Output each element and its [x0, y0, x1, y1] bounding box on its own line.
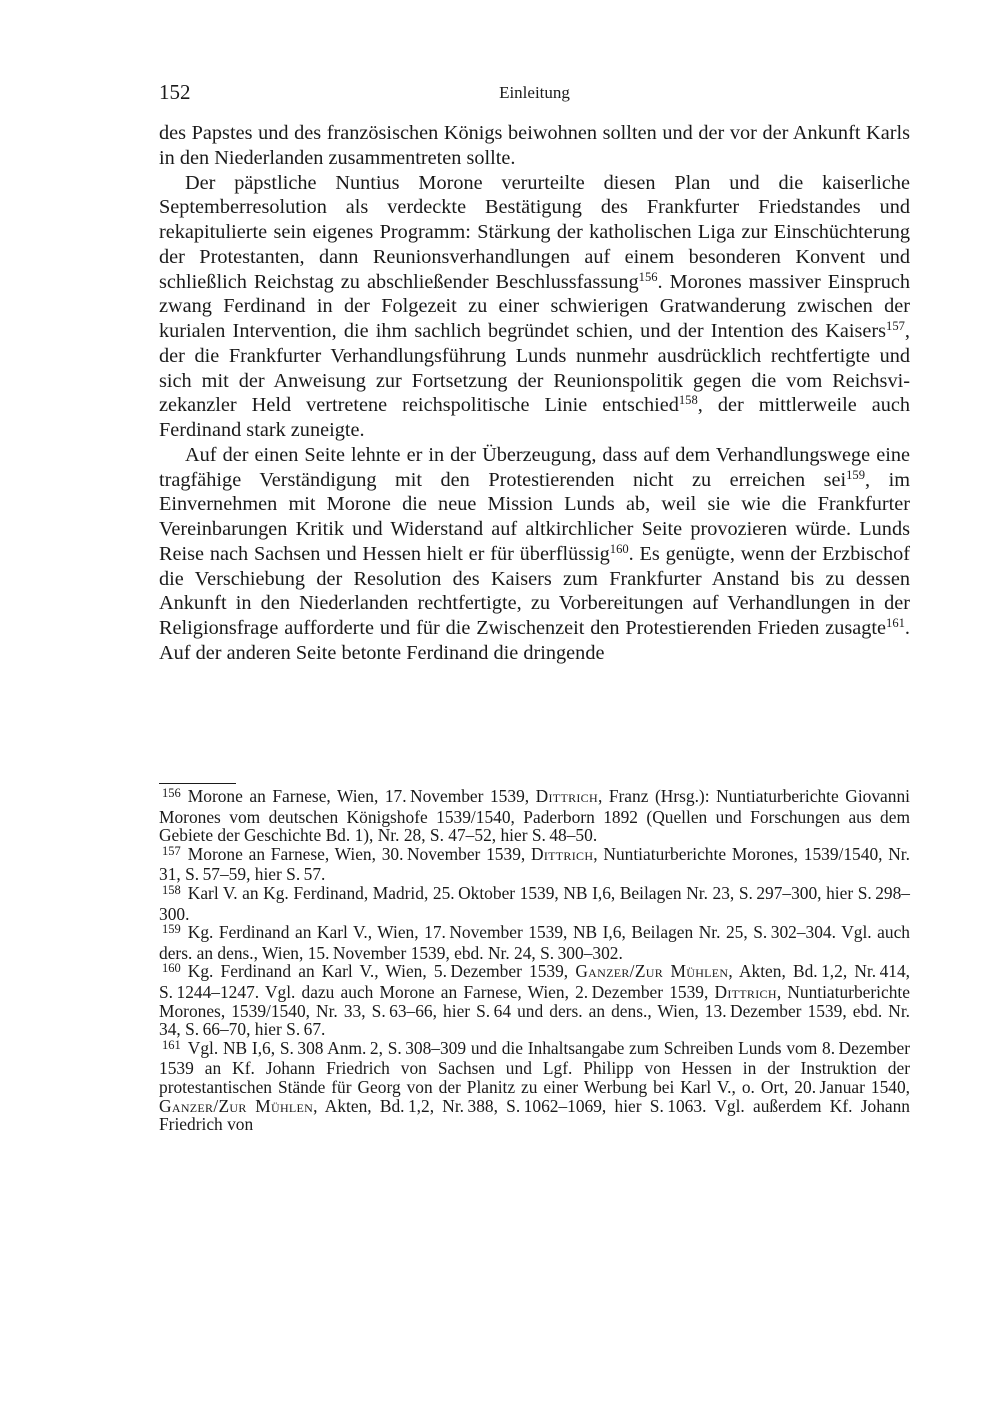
footnote-number: 157 [162, 844, 181, 858]
body-text: des Papstes und des französischen Königs… [159, 121, 910, 666]
text-run: Vgl. NB I,6, S. 308 Anm. 2, S. 308–309 u… [159, 1038, 910, 1097]
footnote-reference: 158 [679, 393, 698, 407]
text-run: Kg. Ferdinand an Karl V., Wien, 5. Dezem… [188, 961, 576, 981]
paragraph: des Papstes und des französischen Königs… [159, 121, 910, 171]
text-run: Kg. Ferdinand an Karl V., Wien, 17. Nove… [159, 922, 910, 963]
author-name: Ganzer/Zur Mühlen [159, 1096, 313, 1116]
page-header: 152 Einleitung [159, 80, 910, 106]
footnote-reference: 160 [610, 542, 629, 556]
text-run: Morone an Farnese, Wien, 30. November 15… [188, 844, 531, 864]
footnote: 161Vgl. NB I,6, S. 308 Anm. 2, S. 308–30… [159, 1039, 910, 1134]
footnote: 158Karl V. an Kg. Ferdinand, Madrid, 25.… [159, 884, 910, 923]
author-name: Ganzer/Zur Mühlen [575, 961, 728, 981]
text-run: Morone an Farnese, Wien, 17. November 15… [188, 786, 536, 806]
footnote: 156Morone an Farnese, Wien, 17. November… [159, 787, 910, 845]
footnote-number: 159 [162, 922, 181, 936]
footnote-reference: 157 [886, 319, 905, 333]
paragraph: Der päpstliche Nuntius Morone verurteilt… [159, 171, 910, 443]
text-run: Karl V. an Kg. Ferdinand, Madrid, 25. Ok… [159, 883, 910, 924]
footnote-number: 156 [162, 786, 181, 800]
footnote-number: 158 [162, 883, 181, 897]
footnote-reference: 161 [886, 616, 905, 630]
author-name: Dittrich [536, 786, 598, 806]
footnote-reference: 159 [846, 468, 865, 482]
footnote: 157Morone an Farnese, Wien, 30. November… [159, 845, 910, 884]
author-name: Dittrich [715, 982, 777, 1002]
paragraph: Auf der einen Seite lehnte er in der Übe… [159, 443, 910, 666]
footnote-number: 161 [162, 1038, 181, 1052]
running-head: Einleitung [159, 83, 910, 103]
footnote-number: 160 [162, 961, 181, 975]
text-run: Auf der einen Seite lehnte er in der Übe… [159, 444, 910, 491]
footnotes: 156Morone an Farnese, Wien, 17. November… [159, 787, 910, 1134]
author-name: Dittrich [531, 844, 593, 864]
text-run: des Papstes und des französischen Königs… [159, 122, 910, 169]
footnote: 159Kg. Ferdinand an Karl V., Wien, 17. N… [159, 923, 910, 962]
footnote-reference: 156 [639, 270, 658, 284]
footnote-rule [159, 783, 236, 784]
footnote: 160Kg. Ferdinand an Karl V., Wien, 5. De… [159, 962, 910, 1038]
